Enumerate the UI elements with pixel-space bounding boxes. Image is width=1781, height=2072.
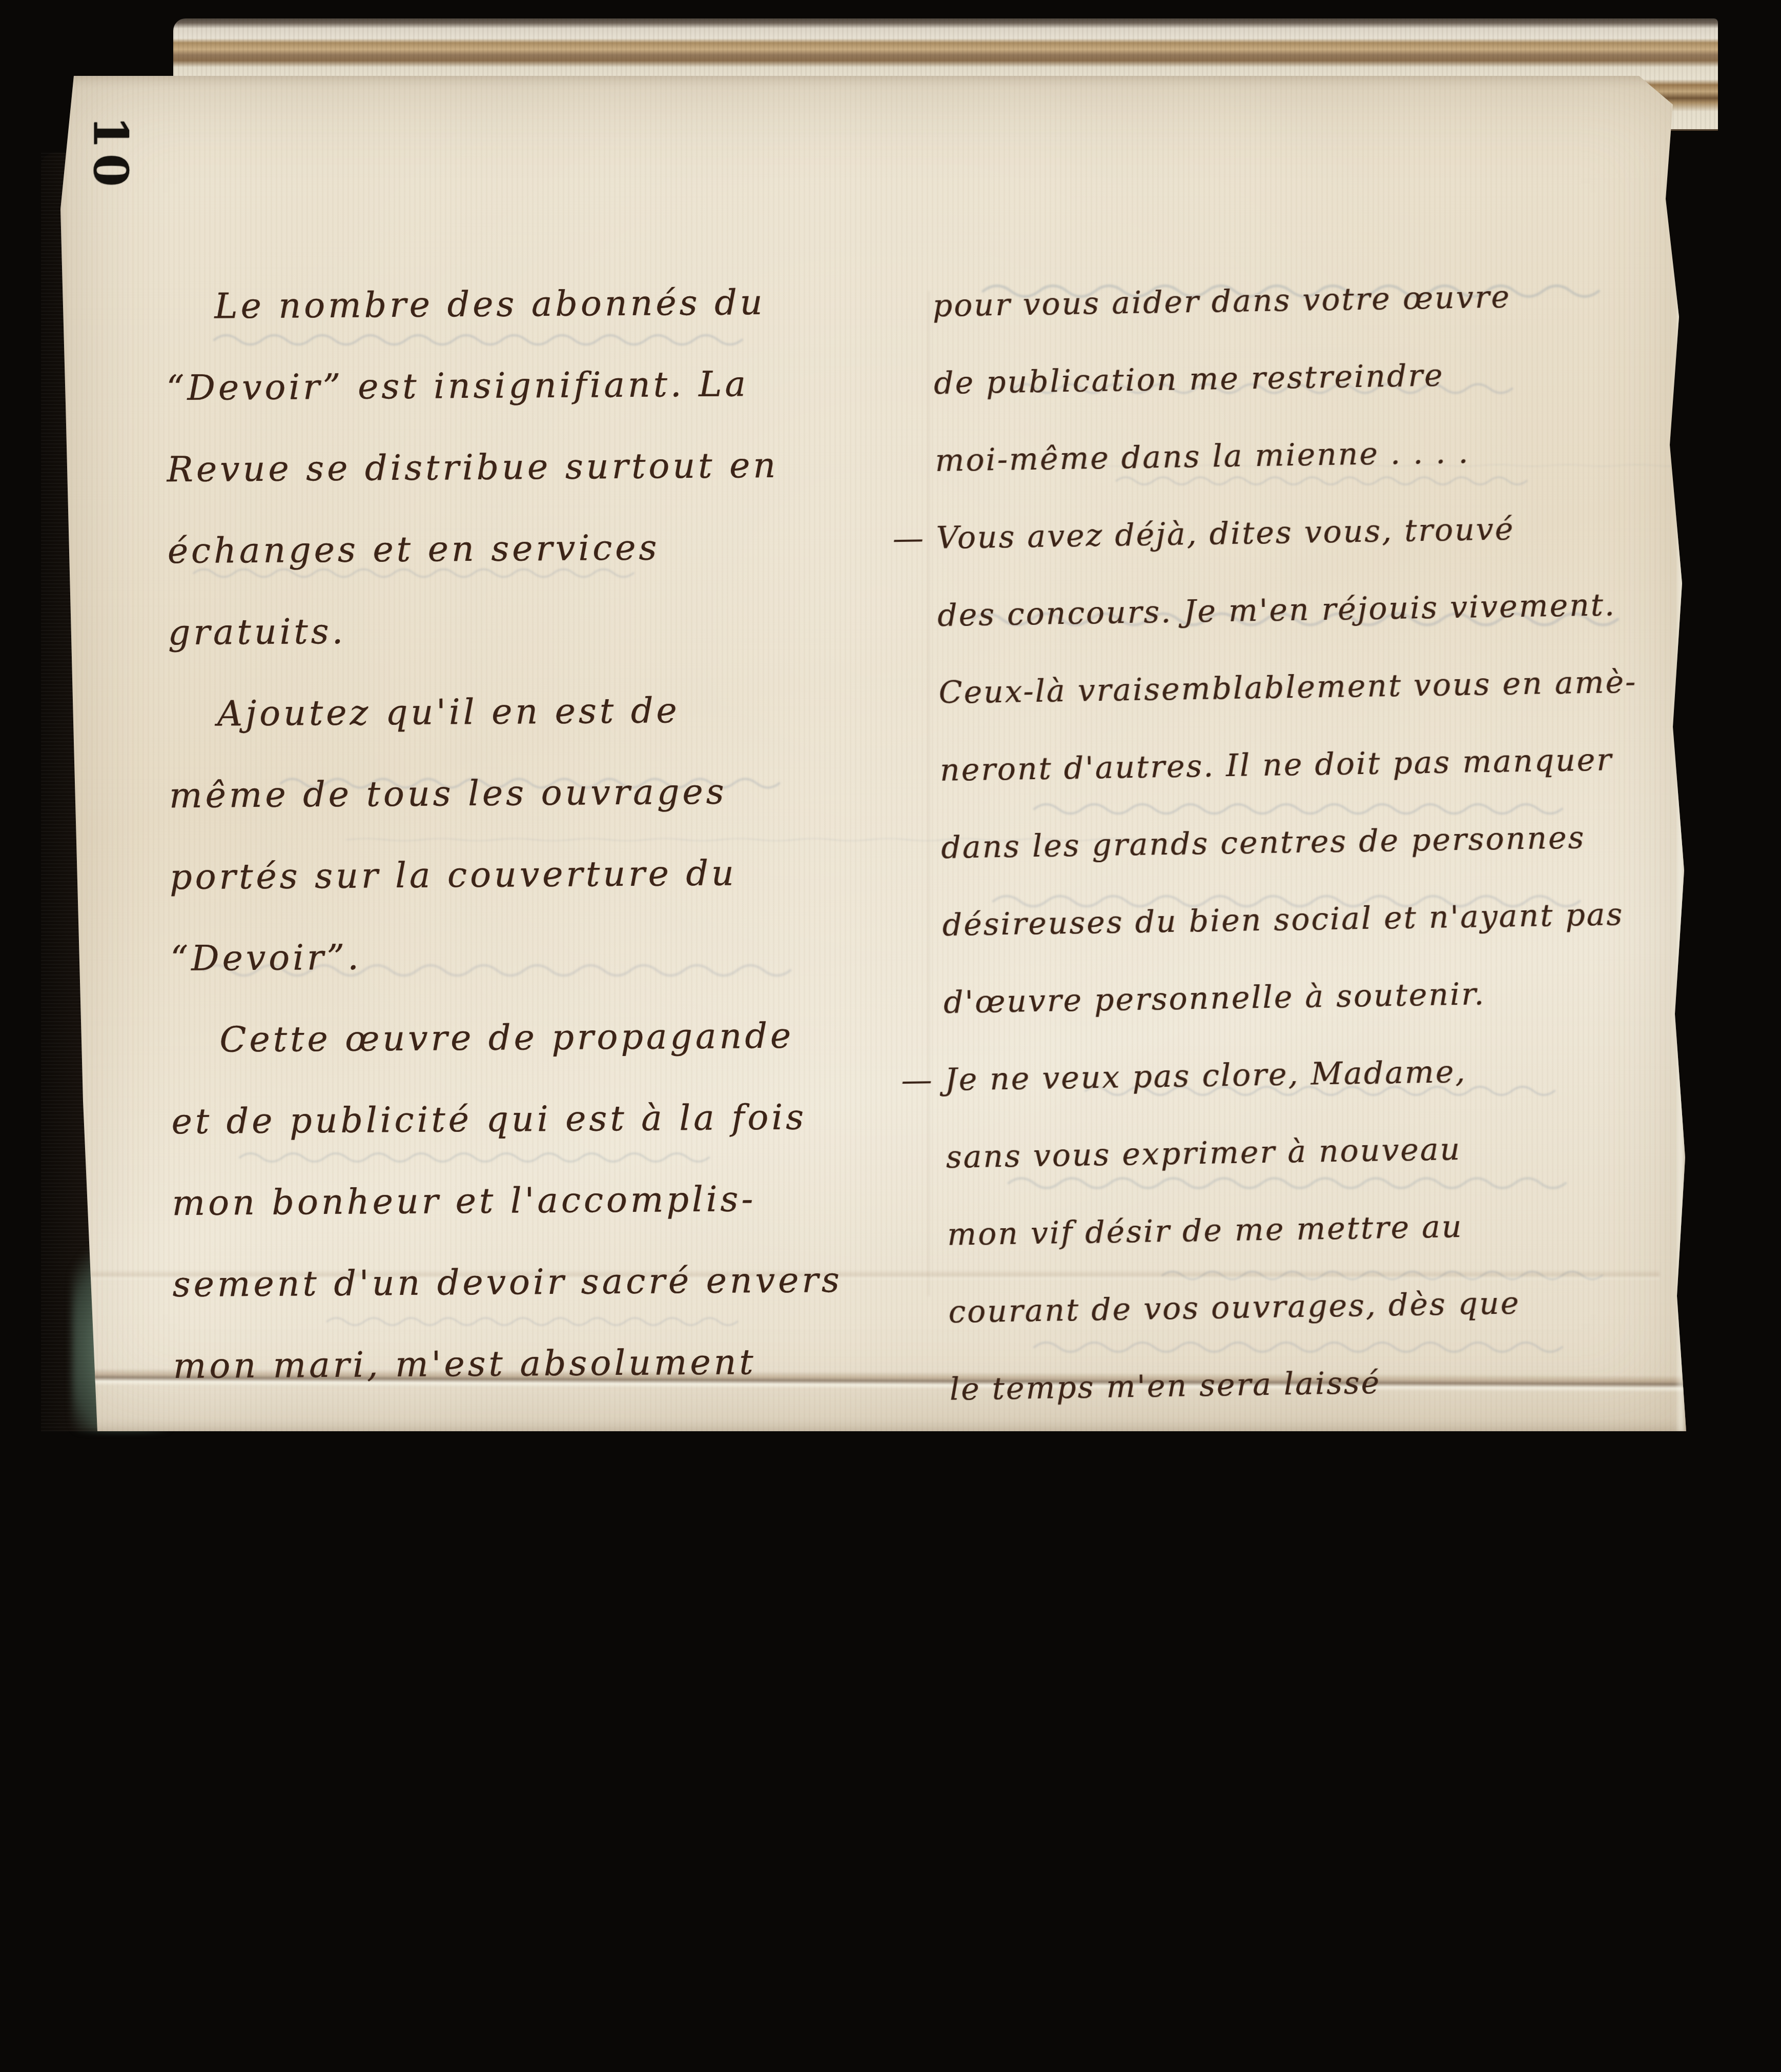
handwritten-line: sans vous exprimer à nouveau — [946, 1122, 1715, 1181]
handwritten-line: Cette œuvre de propagande — [171, 1012, 925, 1064]
handwritten-line: et de publicité qui est à la fois — [171, 1093, 925, 1145]
handwritten-line: sement d'un devoir sacré envers — [172, 1256, 926, 1308]
handwritten-line: “Devoir” est insignifiant. La — [166, 360, 920, 412]
handwritten-line: mon mari, m'est absolument — [173, 1338, 927, 1390]
handwritten-line: mon vif désir de me mettre au — [947, 1200, 1716, 1258]
handwritten-line: “Devoir”. — [170, 930, 924, 982]
handwritten-line: — Je ne veux pas clore, Madame, — [945, 1045, 1714, 1104]
handwritten-line: mon bonheur et l'accomplis- — [172, 1175, 926, 1227]
handwritten-line: le temps m'en sera laissé — [949, 1354, 1718, 1413]
handwritten-line: dans les grands centres de personnes — [941, 812, 1710, 871]
handwritten-line: Ajoutez qu'il en est de — [169, 686, 923, 738]
handwritten-line: — Vous avez déjà, dites vous, trouvé — [936, 503, 1705, 562]
handwritten-line: courant de vos ouvrages, dès que — [948, 1277, 1717, 1336]
handwritten-line: personnelle. Or, mes ressources — [174, 1419, 928, 1431]
handwritten-line: désireuses du bien social et n'ayant pas — [942, 890, 1711, 949]
handwritten-line: Ceux-là vraisemblablement vous en amè- — [938, 658, 1708, 717]
handwritten-line: moi-même dans la mienne . . . . — [935, 425, 1704, 484]
handwritten-line: gratuits. — [168, 604, 922, 656]
handwritten-line: d'œuvre personnelle à soutenir. — [943, 967, 1712, 1026]
handwritten-line: neront d'autres. Il ne doit pas manquer — [939, 735, 1709, 794]
handwritten-line: de publication me restreindre — [933, 348, 1703, 407]
right-text-column: pour vous aider dans votre œuvre de publ… — [932, 240, 1728, 1431]
handwritten-line: pour vous aider dans votre œuvre — [932, 271, 1702, 330]
page-crease-vertical — [928, 291, 932, 1296]
handwritten-line: portés sur la couverture du — [170, 849, 924, 901]
handwritten-line: Revue se distribue surtout en — [167, 441, 920, 493]
page-number: 10 — [83, 116, 138, 167]
photograph-of-open-notebook: 10 Le nombre des abonnés du “Devoir” est… — [0, 0, 1781, 1431]
page-number-stamp: 10 — [82, 105, 133, 185]
handwritten-line: Le nombre des abonnés du — [166, 278, 919, 330]
manuscript-page: 10 Le nombre des abonnés du “Devoir” est… — [60, 76, 1698, 1431]
left-text-column: Le nombre des abonnés du “Devoir” est in… — [166, 243, 932, 1431]
handwritten-line: même de tous les ouvrages — [169, 767, 923, 819]
handwritten-line: échanges et en services — [167, 523, 921, 575]
handwritten-line: des concours. Je m'en réjouis vivement. — [937, 580, 1706, 639]
